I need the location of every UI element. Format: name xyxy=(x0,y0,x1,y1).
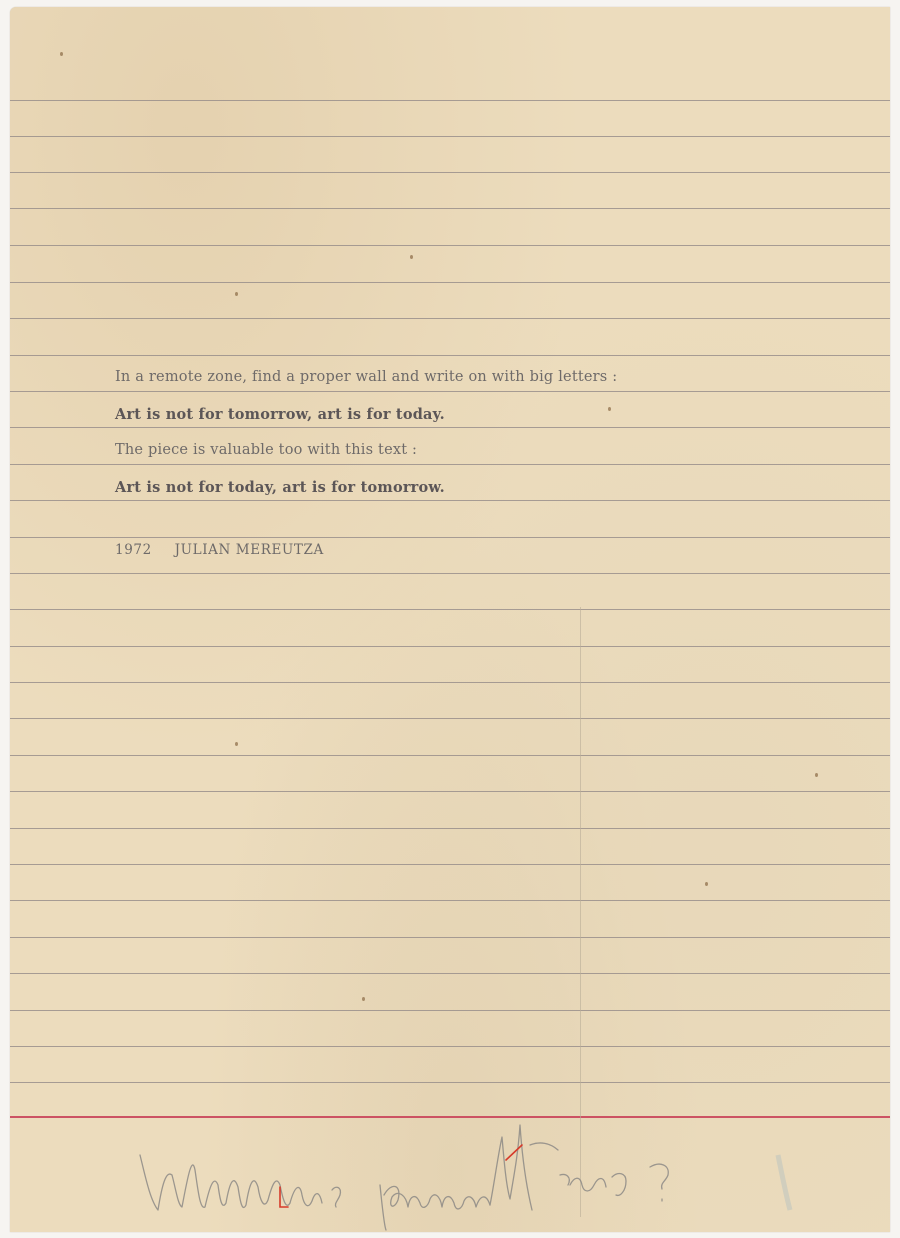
rule-line xyxy=(10,864,890,865)
handwritten-scribble xyxy=(130,1115,830,1235)
rule-line xyxy=(10,427,890,428)
rule-line xyxy=(10,100,890,101)
rule-line xyxy=(10,755,890,756)
rule-line xyxy=(10,355,890,356)
rule-line xyxy=(10,391,890,392)
paper-speck xyxy=(815,773,818,777)
rule-line xyxy=(10,1046,890,1047)
rule-line xyxy=(10,937,890,938)
alternate-instruction-line: The piece is valuable too with this text… xyxy=(115,442,417,458)
paper-sheet: In a remote zone, find a proper wall and… xyxy=(10,7,890,1232)
paper-speck xyxy=(362,997,365,1001)
signature-year: 1972 xyxy=(115,542,152,558)
signature-author: JULIAN MEREUTZA xyxy=(175,542,324,558)
rule-line xyxy=(10,682,890,683)
rule-line xyxy=(10,573,890,574)
rule-line xyxy=(10,537,890,538)
instruction-line: In a remote zone, find a proper wall and… xyxy=(115,369,617,385)
rule-line xyxy=(10,900,890,901)
paper-speck xyxy=(705,882,708,886)
statement-line-2: Art is not for today, art is for tomorro… xyxy=(115,479,445,496)
paper-speck xyxy=(60,52,63,56)
paper-speck xyxy=(410,255,413,259)
rule-line xyxy=(10,245,890,246)
paper-speck xyxy=(235,742,238,746)
rule-line xyxy=(10,791,890,792)
rule-line xyxy=(10,646,890,647)
rule-line xyxy=(10,318,890,319)
rule-line xyxy=(10,718,890,719)
paper-speck xyxy=(608,407,611,411)
signature-line: 1972 JULIAN MEREUTZA xyxy=(115,542,324,558)
rule-line xyxy=(10,1010,890,1011)
rule-line xyxy=(10,208,890,209)
statement-line-1: Art is not for tomorrow, art is for toda… xyxy=(115,406,445,423)
rule-line xyxy=(10,136,890,137)
rule-line xyxy=(10,282,890,283)
rule-line xyxy=(10,172,890,173)
rule-line xyxy=(10,500,890,501)
rule-line xyxy=(10,973,890,974)
rule-line xyxy=(10,1082,890,1083)
rule-line xyxy=(10,828,890,829)
rule-line xyxy=(10,464,890,465)
rule-line xyxy=(10,609,890,610)
paper-speck xyxy=(235,292,238,296)
